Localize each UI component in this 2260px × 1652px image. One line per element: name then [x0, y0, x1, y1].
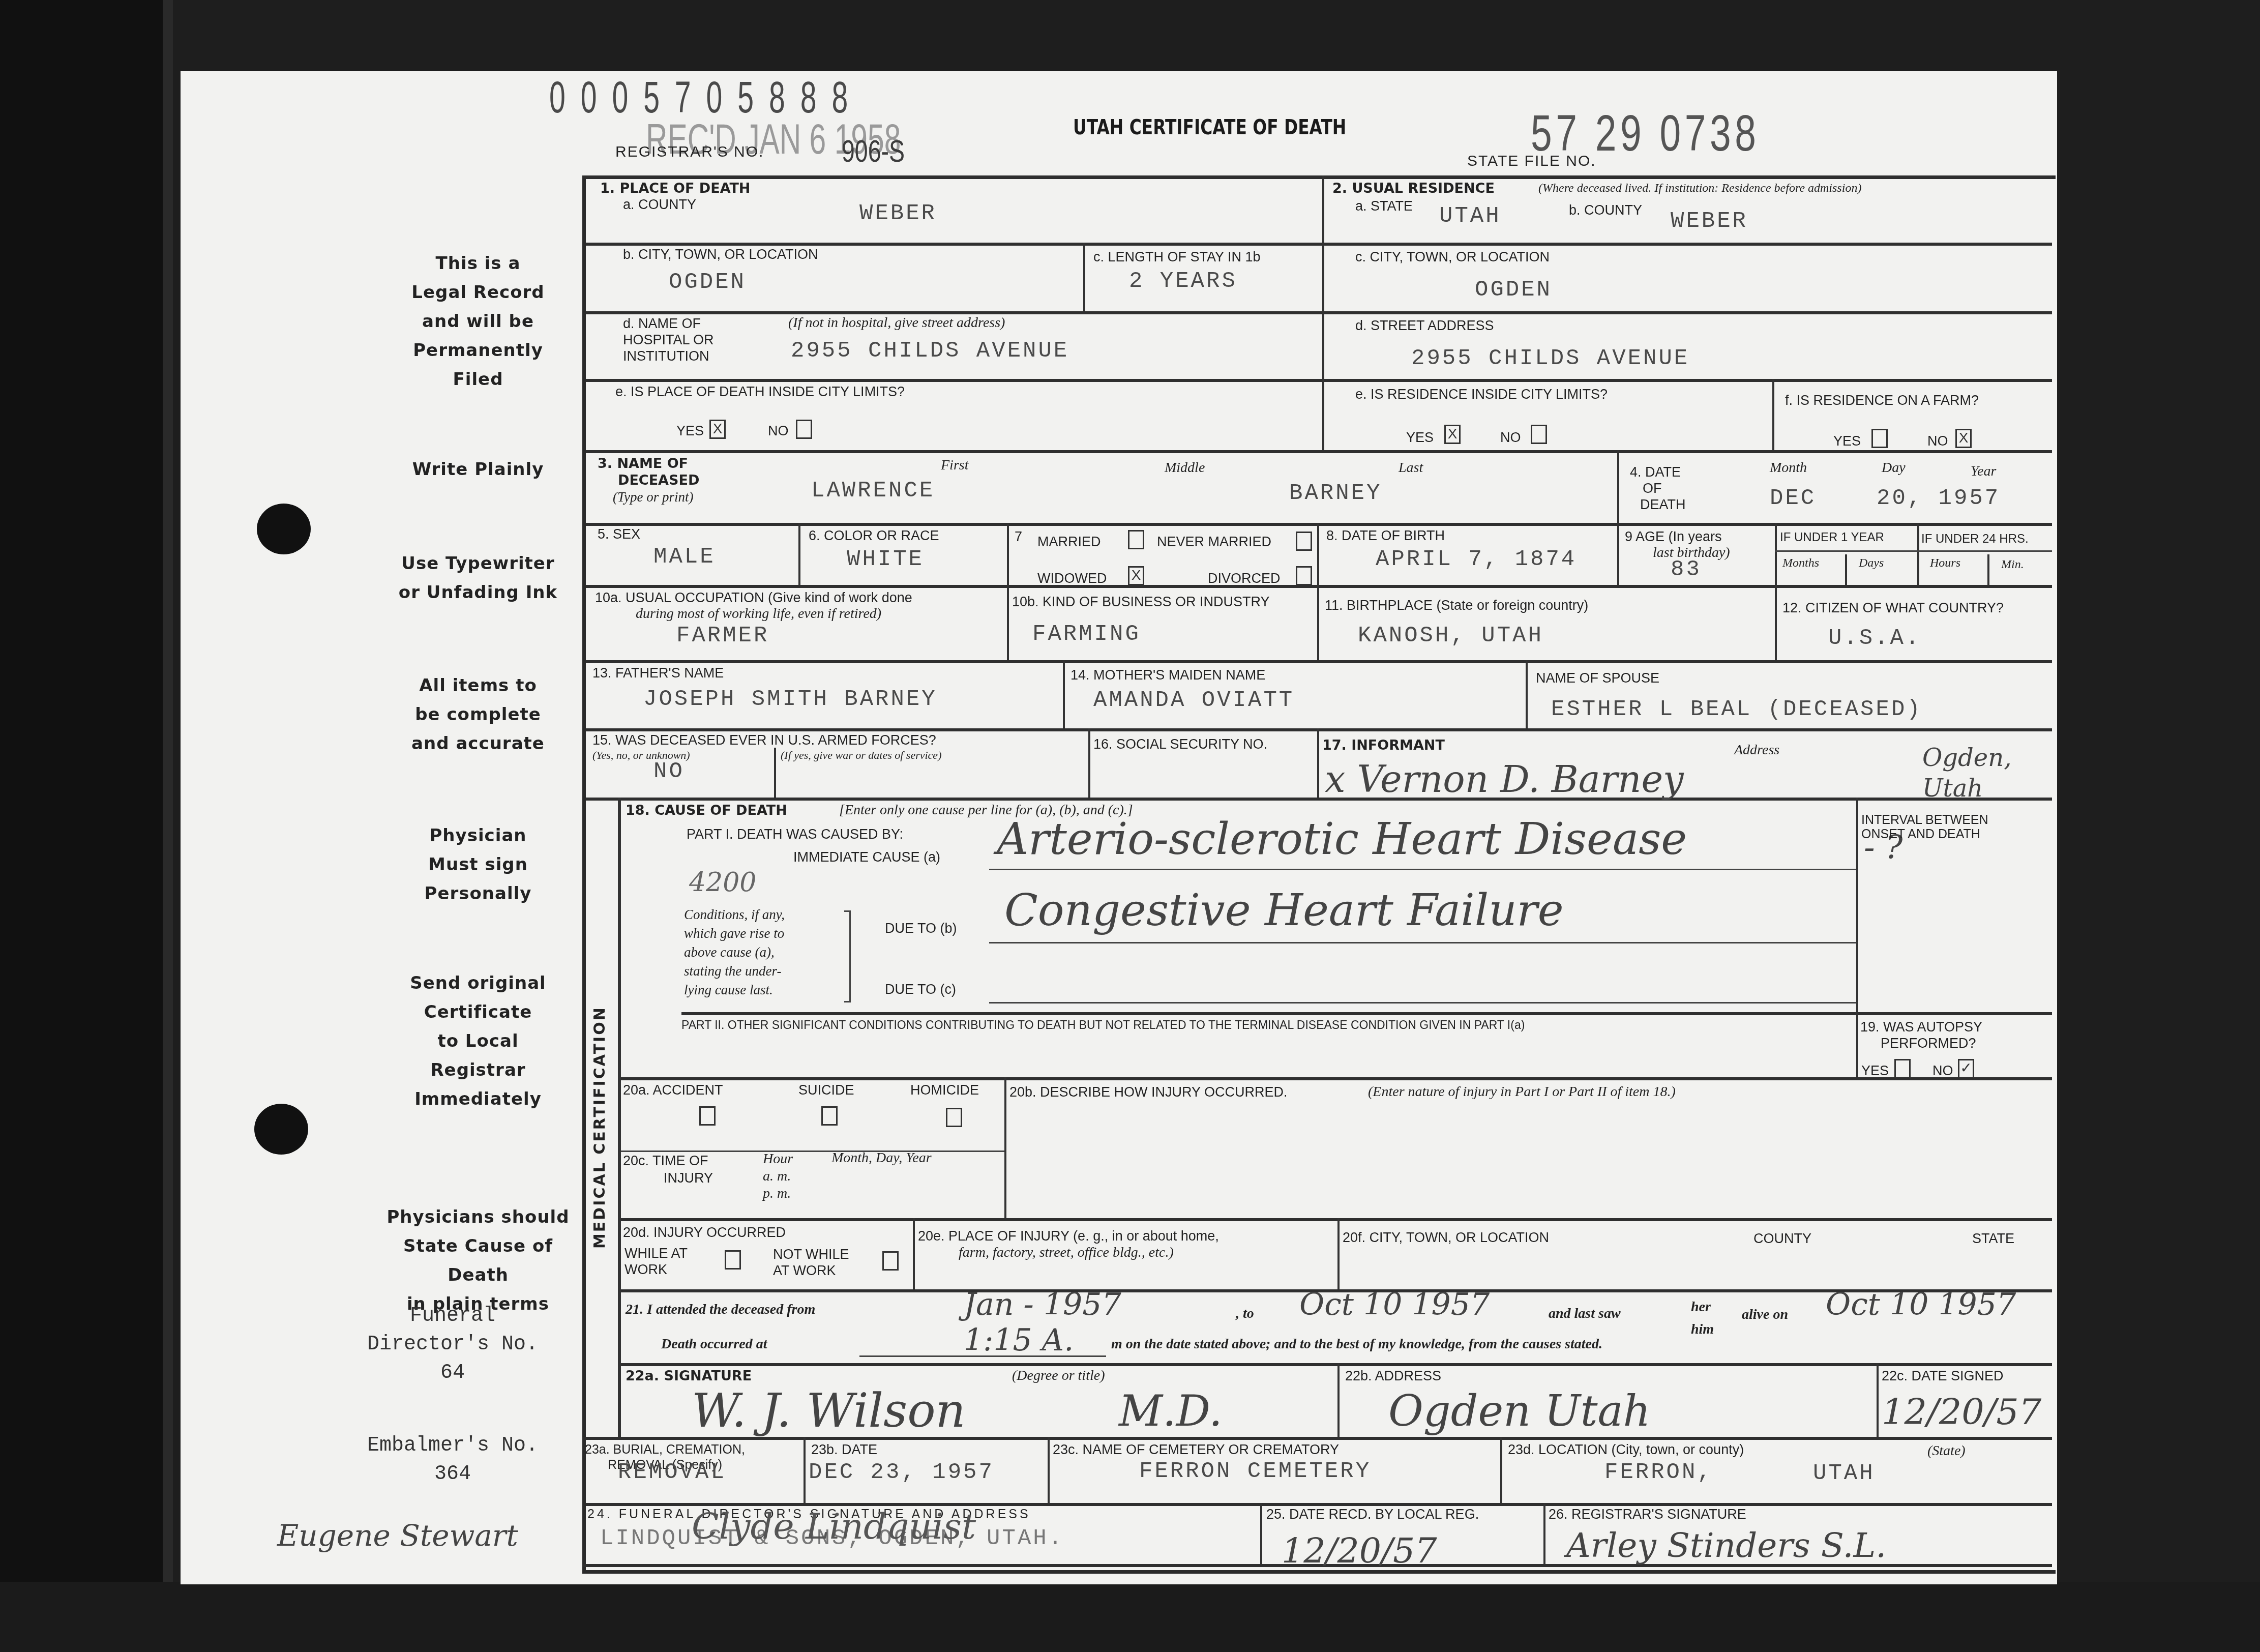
usual-occupation[interactable]: FARMER: [676, 623, 769, 648]
label-line: AT WORK: [773, 1262, 849, 1279]
registrar-signature[interactable]: Arley Stinders S.L.: [1566, 1526, 1886, 1565]
under-1-year-label: IF UNDER 1 YEAR: [1780, 530, 1884, 545]
label-line: DEATH: [1630, 496, 1686, 513]
item20b-hint: (Enter nature of injury in Part I or Par…: [1368, 1084, 1676, 1100]
item22a-label-text: 22a. SIGNATURE: [626, 1368, 752, 1384]
item13-label: 13. FATHER'S NAME: [592, 665, 724, 681]
funeral-director-number: Funeral Director's No. 64: [366, 1302, 539, 1388]
note-line: Certificate: [397, 998, 559, 1027]
deceased-first-name[interactable]: LAWRENCE: [811, 478, 935, 504]
label-line: INJURY: [623, 1169, 713, 1187]
funeral-director-signature[interactable]: Clyde Lindquist: [692, 1506, 976, 1547]
rule: [1775, 550, 2052, 552]
label-line: lying cause last.: [684, 981, 785, 999]
rule: [798, 523, 800, 585]
day-label: Day: [1882, 460, 1906, 476]
item20f-state-label: STATE: [1972, 1231, 2014, 1246]
label-line: above cause (a),: [684, 943, 785, 962]
yes-label: YES: [676, 423, 704, 438]
divorced-label: DIVORCED: [1208, 571, 1281, 586]
alive-on[interactable]: Oct 10 1957: [1826, 1287, 2016, 1322]
rule: [1337, 1363, 1340, 1437]
label-line: PERFORMED?: [1860, 1035, 1982, 1051]
rule: [586, 243, 2052, 246]
no-label: NO: [768, 423, 789, 438]
rule: [1987, 554, 1989, 585]
rule: [1048, 1437, 1050, 1503]
note-line: Registrar: [397, 1056, 559, 1085]
embalmer-signature: Eugene Stewart: [277, 1518, 518, 1553]
date-signed[interactable]: 12/20/57: [1882, 1391, 2041, 1433]
residence-state[interactable]: UTAH: [1439, 203, 1501, 229]
binder-background: [0, 0, 163, 1652]
item15-sub2: (If yes, give war or dates of service): [781, 748, 941, 763]
spouse-name[interactable]: ESTHER L BEAL (DECEASED): [1551, 697, 1922, 722]
item2-farm-label: f. IS RESIDENCE ON A FARM?: [1785, 393, 1979, 408]
rule: [989, 869, 1856, 870]
label-line: which gave rise to: [684, 924, 785, 943]
physician-degree[interactable]: M.D.: [1119, 1386, 1223, 1436]
death-occurred-rest: m on the date stated above; and to the b…: [1111, 1337, 1602, 1352]
month-label: Month: [1770, 460, 1807, 476]
residence-inside-city-no-checkbox[interactable]: [1531, 425, 1547, 444]
disposition[interactable]: REMOVAL: [618, 1460, 726, 1485]
no-label: NO: [1927, 433, 1948, 449]
rule: [1317, 728, 1319, 798]
label-line: stating the under-: [684, 962, 785, 981]
item20a-label: 20a. ACCIDENT: [623, 1082, 723, 1098]
label-line: Conditions, if any,: [684, 905, 785, 924]
hospital-or-institution[interactable]: 2955 CHILDS AVENUE: [791, 338, 1069, 364]
cause-code: 4200: [689, 867, 756, 898]
widowed-checkbox[interactable]: X: [1128, 566, 1144, 585]
note-line: This is a: [397, 249, 559, 278]
residence-street-address[interactable]: 2955 CHILDS AVENUE: [1411, 346, 1689, 371]
physician-address[interactable]: Ogden Utah: [1388, 1386, 1651, 1436]
spouse-label: NAME OF SPOUSE: [1536, 670, 1659, 686]
item20b-label: 20b. DESCRIBE HOW INJURY OCCURRED.: [1009, 1084, 1288, 1100]
rule: [1322, 175, 1324, 450]
immediate-cause[interactable]: Arterio-sclerotic Heart Disease: [997, 814, 1687, 865]
item1-stay-label: c. LENGTH OF STAY IN 1b: [1093, 249, 1261, 264]
deceased-last-name[interactable]: BARNEY: [1289, 481, 1382, 506]
rule: [1772, 379, 1774, 450]
married-label: MARRIED: [1037, 534, 1101, 549]
residence-farm-no-checkbox[interactable]: X: [1955, 429, 1972, 448]
rule: [586, 311, 2052, 314]
item2-street-label: d. STREET ADDRESS: [1355, 318, 1494, 333]
label-line: Hour: [763, 1150, 793, 1168]
note-line: or Unfading Ink: [386, 578, 570, 607]
last-name-label: Last: [1399, 460, 1423, 476]
item20c-label: 20c. TIME OF INJURY: [623, 1152, 713, 1187]
rule: [774, 748, 776, 798]
min-label: Min.: [2001, 557, 2024, 572]
due-to-b[interactable]: Congestive Heart Failure: [1004, 885, 1564, 936]
label-line: 20c. TIME OF: [623, 1152, 713, 1169]
fd-label-line: Funeral: [366, 1302, 539, 1331]
while-at-work-label: WHILE AT WORK: [625, 1245, 688, 1278]
note-line: Send original: [397, 969, 559, 998]
label-line: INSTITUTION: [623, 348, 714, 364]
note-line: Permanently: [397, 336, 559, 365]
rule: [618, 1218, 2052, 1221]
rule: [586, 798, 2052, 801]
item1-county-label: a. COUNTY: [623, 197, 696, 212]
date-of-death-month[interactable]: DEC: [1770, 486, 1816, 511]
item7-number: 7: [1015, 529, 1022, 544]
first-name-label: First: [941, 458, 968, 473]
her-him-label: her him: [1691, 1296, 1714, 1341]
embalmer-no: 364: [366, 1460, 539, 1489]
death-inside-city-no-checkbox[interactable]: [796, 420, 812, 439]
item20f-label: 20f. CITY, TOWN, OR LOCATION: [1343, 1230, 1549, 1245]
sex[interactable]: MALE: [653, 544, 716, 570]
note-line: Write Plainly: [397, 455, 559, 484]
label-line: p. m.: [763, 1185, 793, 1202]
label-line: OF: [1630, 480, 1686, 496]
item14-label: 14. MOTHER'S MAIDEN NAME: [1070, 667, 1265, 683]
rule: [1856, 798, 1858, 1077]
note-line: Filed: [397, 365, 559, 394]
margin-note-write-plainly: Write Plainly: [397, 455, 559, 484]
fd-label-line: Director's No.: [366, 1331, 539, 1359]
label-line: WHILE AT: [625, 1245, 688, 1261]
attended-from[interactable]: Jan - 1957: [964, 1287, 1121, 1322]
item12-label: 12. CITIZEN OF WHAT COUNTRY?: [1782, 600, 2004, 615]
margin-note-legal-record: This is a Legal Record and will be Perma…: [397, 249, 559, 394]
hour-label: Hour a. m. p. m.: [763, 1150, 793, 1202]
item20e-label2: farm, factory, street, office bldg., etc…: [959, 1245, 1174, 1260]
conditions-label: Conditions, if any, which gave rise to a…: [684, 905, 785, 999]
item4-label: 4. DATE OF DEATH: [1630, 464, 1686, 513]
autopsy-yes-label: YES: [1861, 1063, 1889, 1078]
item2-city-label: c. CITY, TOWN, OR LOCATION: [1355, 249, 1550, 264]
color-or-race[interactable]: WHITE: [847, 547, 924, 572]
embalmer-number: Embalmer's No. 364: [366, 1432, 539, 1489]
item18-label: 18. CAUSE OF DEATH: [626, 803, 787, 818]
item23d-state-label: (State): [1927, 1443, 1966, 1459]
rule: [1083, 243, 1085, 311]
item20f-county-label: COUNTY: [1753, 1231, 1811, 1246]
suicide-label: SUICIDE: [798, 1082, 854, 1098]
item1-hospital-label: d. NAME OF HOSPITAL OR INSTITUTION: [623, 315, 714, 364]
certificate-title: UTAH CERTIFICATE OF DEATH: [1073, 116, 1346, 139]
item22b-label: 22b. ADDRESS: [1345, 1368, 1441, 1383]
label-line: her: [1691, 1296, 1714, 1318]
note-line: be complete: [397, 700, 559, 729]
place-of-death-county[interactable]: WEBER: [859, 201, 937, 226]
date-of-death-day-year[interactable]: 20, 1957: [1877, 486, 2000, 511]
rule: [618, 798, 621, 1437]
yes-label: YES: [1406, 430, 1434, 445]
note-line: Physicians should: [371, 1203, 585, 1232]
rule: [618, 1363, 2052, 1366]
item17-label: 17. INFORMANT: [1322, 737, 1445, 753]
rule: [1063, 660, 1065, 728]
label-line: 3. NAME OF: [598, 455, 699, 472]
residence-city[interactable]: OGDEN: [1475, 277, 1552, 303]
binder-edge: [163, 0, 173, 1652]
hours-label: Hours: [1930, 555, 1960, 571]
homicide-checkbox[interactable]: [946, 1108, 962, 1127]
kind-of-business[interactable]: FARMING: [1032, 622, 1141, 647]
rule: [586, 660, 2052, 663]
months-label: Months: [1782, 555, 1819, 571]
item22c-label: 22c. DATE SIGNED: [1882, 1368, 2004, 1383]
item1-hospital-hint: (If not in hospital, give street address…: [788, 315, 1005, 331]
scanner-background: [0, 1582, 2260, 1652]
medical-certification-label: MEDICAL CERTIFICATION: [591, 1006, 609, 1249]
never-married-label: NEVER MARRIED: [1157, 534, 1271, 549]
residence-inside-city-yes-checkbox[interactable]: X: [1444, 425, 1461, 444]
suicide-checkbox[interactable]: [821, 1106, 838, 1126]
widowed-label: WIDOWED: [1037, 571, 1107, 586]
date-of-birth[interactable]: APRIL 7, 1874: [1376, 547, 1577, 572]
rule: [1500, 1437, 1502, 1503]
rule: [586, 379, 2052, 382]
label-line: a. m.: [763, 1168, 793, 1185]
note-line: to Local: [397, 1027, 559, 1056]
burial-location-state[interactable]: UTAH: [1813, 1461, 1875, 1486]
item9-label: 9 AGE (In years: [1625, 529, 1722, 544]
due-to-c-label: DUE TO (c): [885, 982, 956, 997]
autopsy-yes-checkbox[interactable]: [1894, 1059, 1911, 1078]
label-line: WORK: [625, 1261, 688, 1278]
residence-farm-yes-checkbox[interactable]: [1871, 429, 1888, 448]
rule: [989, 1002, 1856, 1004]
item2-state-label: a. STATE: [1355, 198, 1413, 214]
informant-address-label: Address: [1734, 743, 1779, 758]
item20d-label: 20d. INJURY OCCURRED: [623, 1225, 786, 1240]
note-line: Personally: [397, 879, 559, 908]
rule: [681, 1012, 2052, 1015]
item3-label: 3. NAME OF DECEASED (Type or print): [598, 455, 699, 505]
item1-heading-text: 1. PLACE OF DEATH: [600, 181, 750, 196]
rule: [618, 1077, 2052, 1080]
item10a-label: 10a. USUAL OCCUPATION (Give kind of work…: [595, 590, 912, 605]
rule: [804, 1437, 806, 1503]
margin-note-send-original: Send original Certificate to Local Regis…: [397, 969, 559, 1114]
rule: [989, 942, 1856, 943]
item22a-label: 22a. SIGNATURE: [626, 1368, 752, 1384]
mdy-label: Month, Day, Year: [831, 1150, 932, 1166]
margin-note-plain-terms: Physicians should State Cause of Death i…: [371, 1203, 585, 1319]
note-line: and will be: [397, 307, 559, 336]
rule: [1775, 523, 1777, 660]
item10a-label2: during most of working life, even if ret…: [636, 606, 881, 622]
days-label: Days: [1859, 555, 1884, 571]
item26-label: 26. REGISTRAR'S SIGNATURE: [1549, 1507, 1746, 1522]
fd-number: 64: [366, 1359, 539, 1388]
note-line: State Cause of Death: [371, 1232, 585, 1290]
title-text: CERTIFICATE OF DEATH: [1129, 116, 1347, 139]
note-line: Immediately: [397, 1085, 559, 1114]
rule: [1543, 1503, 1545, 1564]
item1-heading: 1. PLACE OF DEATH: [600, 181, 750, 196]
accident-checkbox[interactable]: [699, 1106, 716, 1126]
never-married-checkbox[interactable]: [1296, 532, 1312, 551]
registrars-no-label: REGISTRAR'S NO.: [615, 143, 764, 161]
punch-hole-top: [257, 504, 311, 554]
disposition-date[interactable]: DEC 23, 1957: [809, 1460, 994, 1485]
length-of-stay[interactable]: 2 YEARS: [1129, 269, 1237, 294]
margin-note-typewriter: Use Typewriter or Unfading Ink: [386, 549, 570, 607]
married-checkbox[interactable]: [1128, 530, 1144, 549]
item16-label: 16. SOCIAL SECURITY NO.: [1093, 736, 1267, 752]
death-inside-city-yes-checkbox[interactable]: X: [709, 420, 726, 439]
item17-label-text: 17. INFORMANT: [1322, 737, 1445, 753]
label-line: HOSPITAL OR: [623, 332, 714, 348]
item25-label: 25. DATE RECD. BY LOCAL REG.: [1266, 1507, 1479, 1522]
note-line: Legal Record: [397, 278, 559, 307]
rule: [1260, 1503, 1262, 1564]
rule: [1526, 660, 1528, 728]
informant-address[interactable]: Ogden, Utah: [1922, 743, 2024, 804]
divorced-checkbox[interactable]: [1296, 566, 1312, 585]
attended-label: 21. I attended the deceased from: [626, 1302, 815, 1317]
rule: [586, 450, 2052, 453]
middle-name-label: Middle: [1165, 460, 1205, 476]
cemetery-name[interactable]: FERRON CEMETERY: [1139, 1459, 1371, 1484]
label-line: him: [1691, 1318, 1714, 1341]
item11-label: 11. BIRTHPLACE (State or foreign country…: [1325, 598, 1588, 613]
item2-heading: 2. USUAL RESIDENCE: [1332, 181, 1495, 196]
item20e-label: 20e. PLACE OF INJURY (e. g., in or about…: [918, 1228, 1219, 1244]
punch-hole-bottom: [254, 1104, 308, 1155]
rule: [1877, 1363, 1879, 1437]
label-line: 23a. BURIAL, CREMATION,: [585, 1442, 745, 1457]
conditions-bracket: [844, 910, 851, 1002]
birthplace[interactable]: KANOSH, UTAH: [1358, 623, 1543, 648]
yes-label: YES: [1833, 433, 1861, 449]
state-file-no-label: STATE FILE NO.: [1467, 153, 1596, 170]
margin-note-complete: All items to be complete and accurate: [397, 671, 559, 758]
rule: [1617, 450, 1619, 523]
item10b-label: 10b. KIND OF BUSINESS OR INDUSTRY: [1012, 594, 1270, 609]
item23b-label: 23b. DATE: [811, 1442, 877, 1457]
rule: [582, 175, 2052, 179]
label-text: 3. NAME OF: [598, 456, 688, 471]
fathers-name[interactable]: JOSEPH SMITH BARNEY: [643, 687, 937, 712]
burial-location-city[interactable]: FERRON,: [1604, 1460, 1713, 1485]
year-label: Year: [1971, 464, 1996, 479]
item15-label: 15. WAS DECEASED EVER IN U.S. ARMED FORC…: [592, 732, 936, 748]
due-to-b-label: DUE TO (b): [885, 921, 957, 936]
note-line: All items to: [397, 671, 559, 700]
rule: [1617, 523, 1619, 585]
rule: [1917, 523, 1919, 585]
item1-inside-limits-label: e. IS PLACE OF DEATH INSIDE CITY LIMITS?: [615, 384, 905, 399]
to-label: , to: [1236, 1306, 1254, 1321]
item23d-label: 23d. LOCATION (City, town, or county): [1508, 1442, 1744, 1457]
item2-hint: (Where deceased lived. If institution: R…: [1538, 181, 1861, 196]
interval-label: INTERVAL BETWEEN ONSET AND DEATH: [1861, 813, 1988, 841]
registrars-no: 906-S: [842, 133, 905, 169]
label-line: DECEASED: [598, 472, 699, 489]
rule: [1004, 1077, 1006, 1218]
item2-inside-limits-label: e. IS RESIDENCE INSIDE CITY LIMITS?: [1355, 387, 1608, 402]
item18-label-text: 18. CAUSE OF DEATH: [626, 803, 787, 818]
item19-label: 19. WAS AUTOPSY PERFORMED?: [1860, 1019, 1982, 1051]
label-line: INTERVAL BETWEEN: [1861, 813, 1988, 827]
under-24-hrs-label: IF UNDER 24 HRS.: [1921, 532, 2029, 547]
item6-label: 6. COLOR OR RACE: [809, 528, 939, 543]
degree-label: (Degree or title): [1012, 1368, 1105, 1383]
label-text: DECEASED: [618, 473, 699, 488]
while-at-work-checkbox[interactable]: [725, 1250, 741, 1270]
label-line: ONSET AND DEATH: [1861, 827, 1988, 841]
no-label: NO: [1500, 430, 1521, 445]
homicide-label: HOMICIDE: [910, 1082, 979, 1098]
attended-to[interactable]: Oct 10 1957: [1299, 1287, 1490, 1322]
note-line: Must sign: [397, 850, 559, 879]
item8-label: 8. DATE OF BIRTH: [1326, 528, 1445, 543]
not-while-at-work-label: NOT WHILE AT WORK: [773, 1246, 849, 1279]
label-line: NOT WHILE: [773, 1246, 849, 1262]
rule: [913, 1218, 915, 1289]
last-saw-label: and last saw: [1549, 1306, 1621, 1321]
date-received-local-reg[interactable]: 12/20/57: [1282, 1531, 1437, 1571]
item1-city-label: b. CITY, TOWN, OR LOCATION: [623, 247, 818, 262]
citizenship[interactable]: U.S.A.: [1828, 626, 1921, 651]
rule: [1845, 554, 1847, 585]
label-line: (Type or print): [598, 489, 699, 505]
title-state: UTAH: [1073, 116, 1123, 139]
note-line: Use Typewriter: [386, 549, 570, 578]
autopsy-no-checkbox[interactable]: ✓: [1958, 1059, 1974, 1078]
alive-on-label: alive on: [1742, 1307, 1788, 1322]
item5-label: 5. SEX: [598, 526, 640, 542]
armed-forces[interactable]: NO: [653, 759, 685, 784]
not-while-at-work-checkbox[interactable]: [882, 1251, 899, 1271]
label-line: 4. DATE: [1630, 464, 1686, 480]
item2-heading-text: 2. USUAL RESIDENCE: [1332, 181, 1495, 196]
margin-note-physician-sign: Physician Must sign Personally: [397, 821, 559, 908]
rule: [1007, 523, 1009, 660]
embalmer-label: Embalmer's No.: [366, 1432, 539, 1460]
rule: [1088, 728, 1090, 798]
part2-label: PART II. OTHER SIGNIFICANT CONDITIONS CO…: [681, 1017, 1525, 1032]
physician-signature[interactable]: W. J. Wilson: [692, 1383, 966, 1438]
autopsy-no-label: NO: [1932, 1063, 1953, 1078]
place-of-death-city[interactable]: OGDEN: [669, 270, 746, 295]
note-line: Physician: [397, 821, 559, 850]
age-years[interactable]: 83: [1671, 557, 1702, 582]
rule: [1337, 1218, 1340, 1289]
immediate-cause-label: IMMEDIATE CAUSE (a): [793, 849, 940, 865]
item2-county-label: b. COUNTY: [1569, 202, 1642, 218]
death-occurred-at-label: Death occurred at: [661, 1337, 767, 1352]
note-line: and accurate: [397, 729, 559, 758]
label-line: 19. WAS AUTOPSY: [1860, 1019, 1982, 1035]
informant-signature[interactable]: x Vernon D. Barney: [1325, 758, 1684, 801]
death-time[interactable]: 1:15 A.: [964, 1322, 1074, 1358]
residence-county[interactable]: WEBER: [1671, 209, 1748, 234]
label-line: d. NAME OF: [623, 315, 714, 332]
item23c-label: 23c. NAME OF CEMETERY OR CREMATORY: [1053, 1442, 1339, 1457]
part1-label: PART I. DEATH WAS CAUSED BY:: [687, 827, 903, 842]
rule: [1317, 523, 1319, 660]
mothers-maiden-name[interactable]: AMANDA OVIATT: [1093, 688, 1294, 713]
